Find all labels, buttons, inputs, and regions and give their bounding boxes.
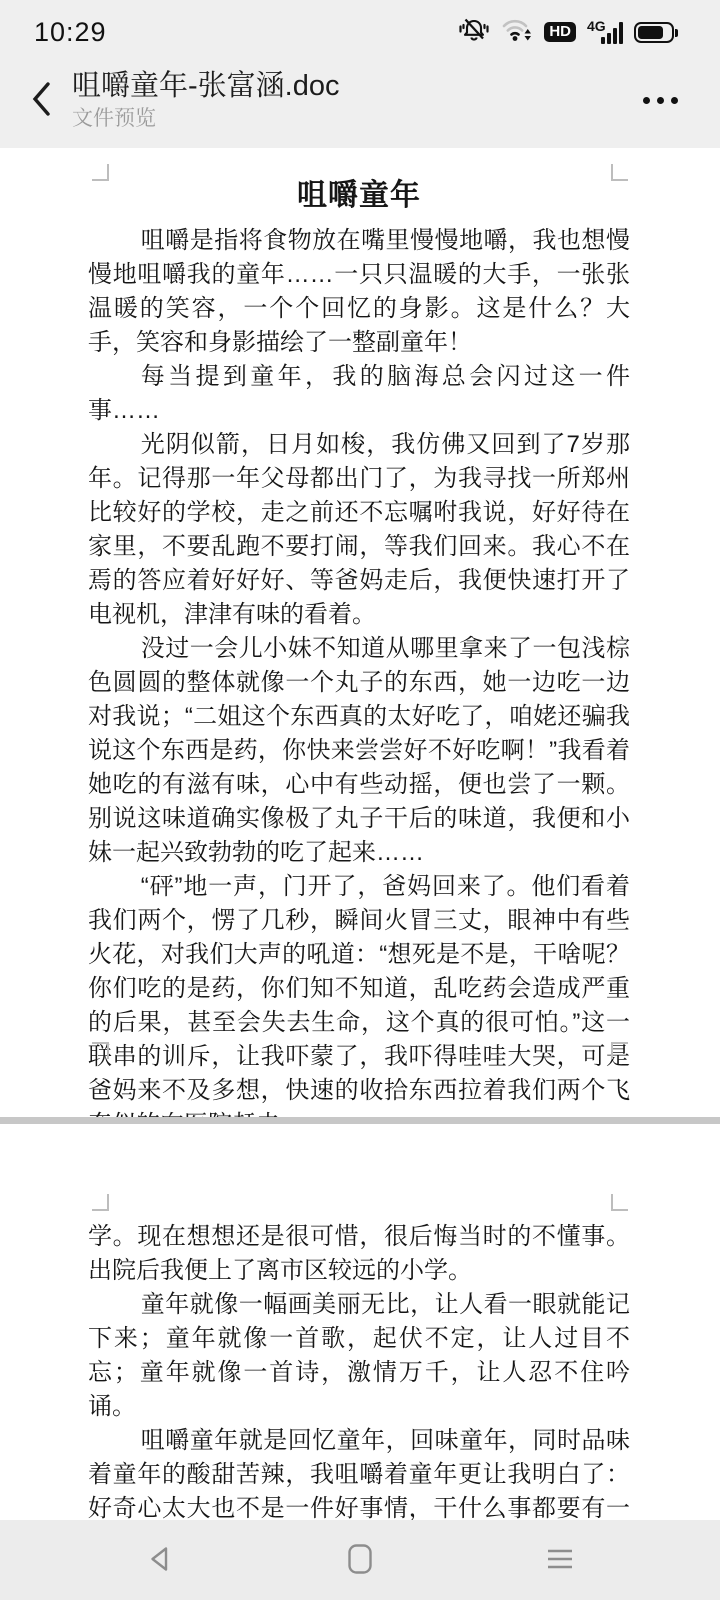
hd-badge: HD [544,22,576,43]
navigation-bar [0,1520,720,1600]
doc-paragraph: 光阴似箭，日月如梭，我仿佛又回到了7岁那年。记得那一年父母都出门了，为我寻找一所… [88,428,630,632]
clock: 10:29 [34,17,107,48]
status-icons: HD 4G [458,16,674,49]
text-boundary-mark [611,1042,628,1059]
doc-paragraph: 每当提到童年，我的脑海总会闪过这一件事…… [88,360,630,428]
title-block: 咀嚼童年-张富涵.doc 文件预览 [72,68,630,132]
app-header: 咀嚼童年-张富涵.doc 文件预览 [0,60,720,148]
text-boundary-mark [611,164,628,181]
page-divider [0,1117,720,1124]
signal-bars-icon: 4G [587,19,623,46]
screen: 10:29 [0,0,720,1600]
doc-paragraph: “砰”地一声，门开了，爸妈回来了。他们看着我们两个，愣了几秒，瞬间火冒三丈，眼神… [88,870,630,1117]
status-bar: 10:29 [0,0,720,60]
preview-label: 文件预览 [72,106,630,132]
text-boundary-mark [92,1042,109,1059]
nav-back-button[interactable] [130,1530,190,1590]
recents-icon [544,1543,576,1578]
doc-paragraph: 童年就像一幅画美丽无比，让人看一眼就能记下来；童年就像一首歌，起伏不定，让人过目… [88,1288,630,1424]
doc-title: 咀嚼童年 [88,176,630,216]
more-button[interactable] [630,75,690,125]
doc-paragraph: 没过一会儿小妹不知道从哪里拿来了一包浅棕色圆圆的整体就像一个丸子的东西，她一边吃… [88,632,630,870]
doc-paragraph: 咀嚼童年就是回忆童年，回味童年，同时品味着童年的酸甜苦辣，我咀嚼着童年更让我明白… [88,1424,630,1520]
doc-paragraph: 学。现在想想还是很可惜，很后悔当时的不懂事。出院后我便上了离市区较远的小学。 [88,1220,630,1288]
text-boundary-mark [611,1194,628,1211]
more-dots-icon [643,97,650,104]
doc-page-1: 咀嚼童年 咀嚼是指将食物放在嘴里慢慢地嚼，我也想慢慢地咀嚼我的童年……一只只温暖… [0,148,720,1117]
back-button[interactable] [18,72,64,128]
doc-paragraph: 咀嚼是指将食物放在嘴里慢慢地嚼，我也想慢慢地咀嚼我的童年……一只只温暖的大手，一… [88,224,630,360]
text-boundary-mark [92,164,109,181]
battery-icon [634,22,674,43]
back-chevron-icon [26,78,56,123]
file-title: 咀嚼童年-张富涵.doc [72,68,630,104]
wifi-icon [501,16,533,48]
back-triangle-icon [144,1543,176,1578]
doc-page-2: 学。现在想想还是很可惜，很后悔当时的不懂事。出院后我便上了离市区较远的小学。 童… [0,1124,720,1520]
vibrate-icon [458,16,490,49]
nav-recents-button[interactable] [530,1530,590,1590]
nav-home-button[interactable] [330,1530,390,1590]
document-preview[interactable]: 咀嚼童年 咀嚼是指将食物放在嘴里慢慢地嚼，我也想慢慢地咀嚼我的童年……一只只温暖… [0,148,720,1520]
home-icon [344,1543,376,1578]
text-boundary-mark [92,1194,109,1211]
